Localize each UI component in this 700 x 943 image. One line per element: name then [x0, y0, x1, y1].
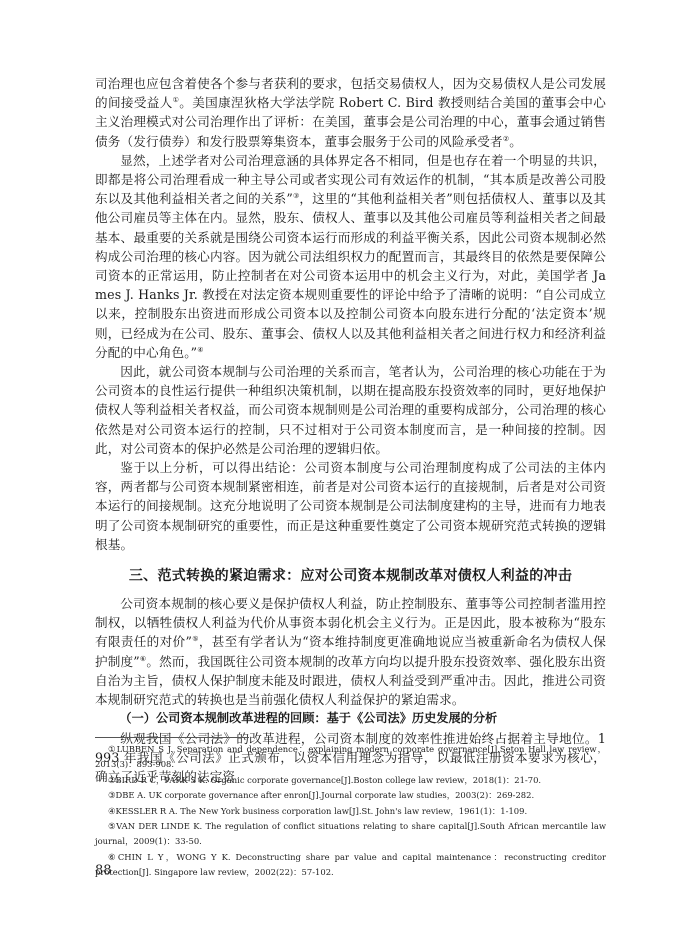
- footnote-2: ②BIRD R C，PARK S K. Organic corporate go…: [95, 773, 606, 788]
- paragraph-text: 鉴于以上分析，可以得出结论：公司资本制度与公司治理制度构成了公司法的主体内容，两…: [95, 460, 606, 552]
- sub-heading: （一）公司资本规制改革进程的回顾：基于《公司法》历史发展的分析: [95, 709, 606, 728]
- footnote-divider: [95, 737, 249, 738]
- section-paragraph-1: 公司资本规制的核心要义是保护债权人利益，防止控制股东、董事等公司控制者滥用控制权…: [95, 594, 606, 709]
- footnote-ref-4[interactable]: ④: [197, 346, 203, 354]
- paragraph-3: 因此，就公司资本规制与公司治理的关系而言，笔者认为，公司治理的核心功能在于为公司…: [95, 362, 606, 458]
- footnote-5: ⑤VAN DER LINDE K. The regulation of conf…: [95, 819, 606, 850]
- footnote-1: ①LUBBEN S J. Separation and dependence：e…: [95, 742, 606, 773]
- paragraph-text: 因此，就公司资本规制与公司治理的关系而言，笔者认为，公司治理的核心功能在于为公司…: [95, 364, 606, 456]
- paragraph-text: 。: [509, 134, 522, 149]
- footnote-6: ⑥CHIN L Y，WONG Y K. Deconstructing share…: [95, 850, 606, 881]
- paragraph-text: 。然而，我国既往公司资本规制的改革方向均以提升股东投资效率、强化股东出资自治为主…: [95, 654, 606, 707]
- paragraph-1: 司治理也应包含着使各个参与者获利的要求，包括交易债权人，因为交易债权人是公司发展…: [95, 74, 606, 151]
- footnote-4: ④KESSLER R A. The New York business corp…: [95, 804, 606, 819]
- paragraph-4: 鉴于以上分析，可以得出结论：公司资本制度与公司治理制度构成了公司法的主体内容，两…: [95, 458, 606, 554]
- section-heading: 三、范式转换的紧迫需求：应对公司资本规制改革对债权人利益的冲击: [95, 566, 606, 586]
- footnote-ref-5[interactable]: ⑤: [192, 635, 199, 643]
- footnotes: ①LUBBEN S J. Separation and dependence：e…: [95, 742, 606, 881]
- paragraph-2: 显然，上述学者对公司治理意涵的具体界定各不相同，但是也存在着一个明显的共识，即都…: [95, 151, 606, 362]
- page-number: 88: [95, 863, 112, 878]
- paragraph-text: ，这里的“其他利益相关者”则包括债权人、董事以及其他公司雇员等主体在内。显然，股…: [95, 191, 606, 360]
- page-body: 司治理也应包含着使各个参与者获利的要求，包括交易债权人，因为交易债权人是公司发展…: [95, 74, 606, 786]
- footnote-3: ③DBE A. UK corporate governance after en…: [95, 788, 606, 803]
